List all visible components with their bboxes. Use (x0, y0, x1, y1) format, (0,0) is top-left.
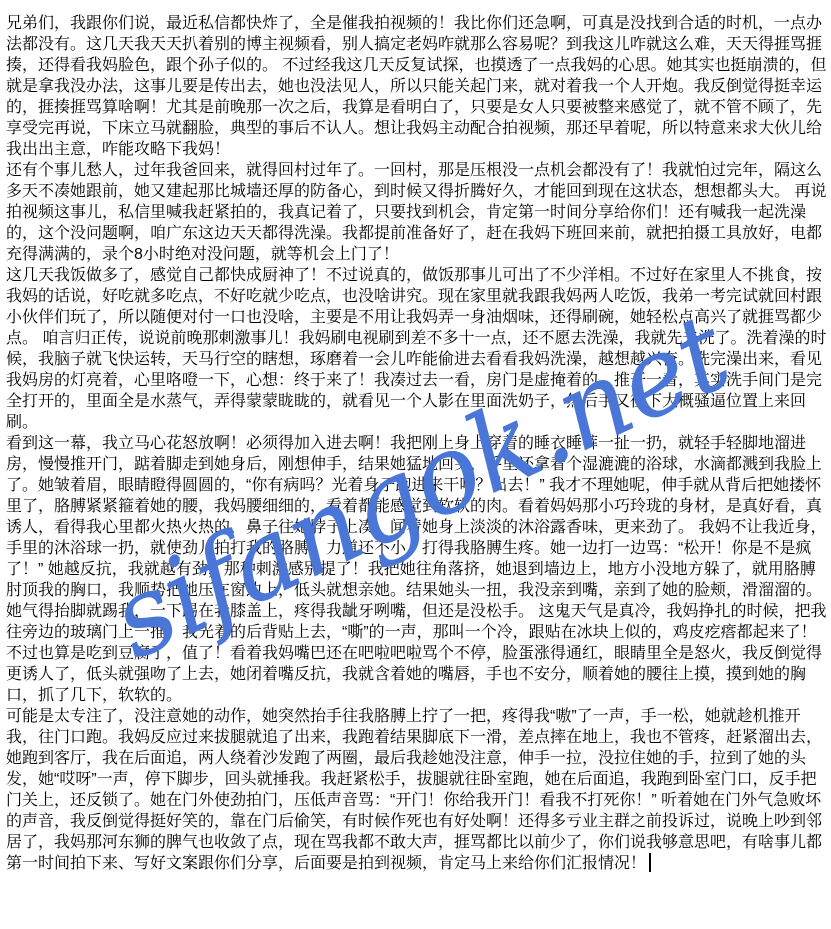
paragraph: 还有个事儿愁人，过年我爸回来，就得回村过年了。一回村，那是压根没一点机会都没有了… (6, 160, 827, 265)
paragraph: 兄弟们，我跟你们说，最近私信都快炸了，全是催我拍视频的！我比你们还急啊，可真是没… (6, 13, 827, 160)
paragraph: 这几天我饭做多了，感觉自己都快成厨神了！不过说真的，做饭那事儿可出了不少洋相。不… (6, 265, 827, 433)
paragraph-text: 可能是太专注了，没注意她的动作，她突然抬手往我胳膊上拧了一把，疼得我“嗷”了一声… (6, 708, 822, 872)
text-caret (649, 853, 651, 872)
article-body: 兄弟们，我跟你们说，最近私信都快炸了，全是催我拍视频的！我比你们还急啊，可真是没… (0, 0, 831, 874)
paragraph: 可能是太专注了，没注意她的动作，她突然抬手往我胳膊上拧了一把，疼得我“嗷”了一声… (6, 706, 827, 874)
paragraph: 看到这一幕，我立马心花怒放啊！必须得加入进去啊！我把刚上身上穿着的睡衣睡裤一扯一… (6, 433, 827, 706)
